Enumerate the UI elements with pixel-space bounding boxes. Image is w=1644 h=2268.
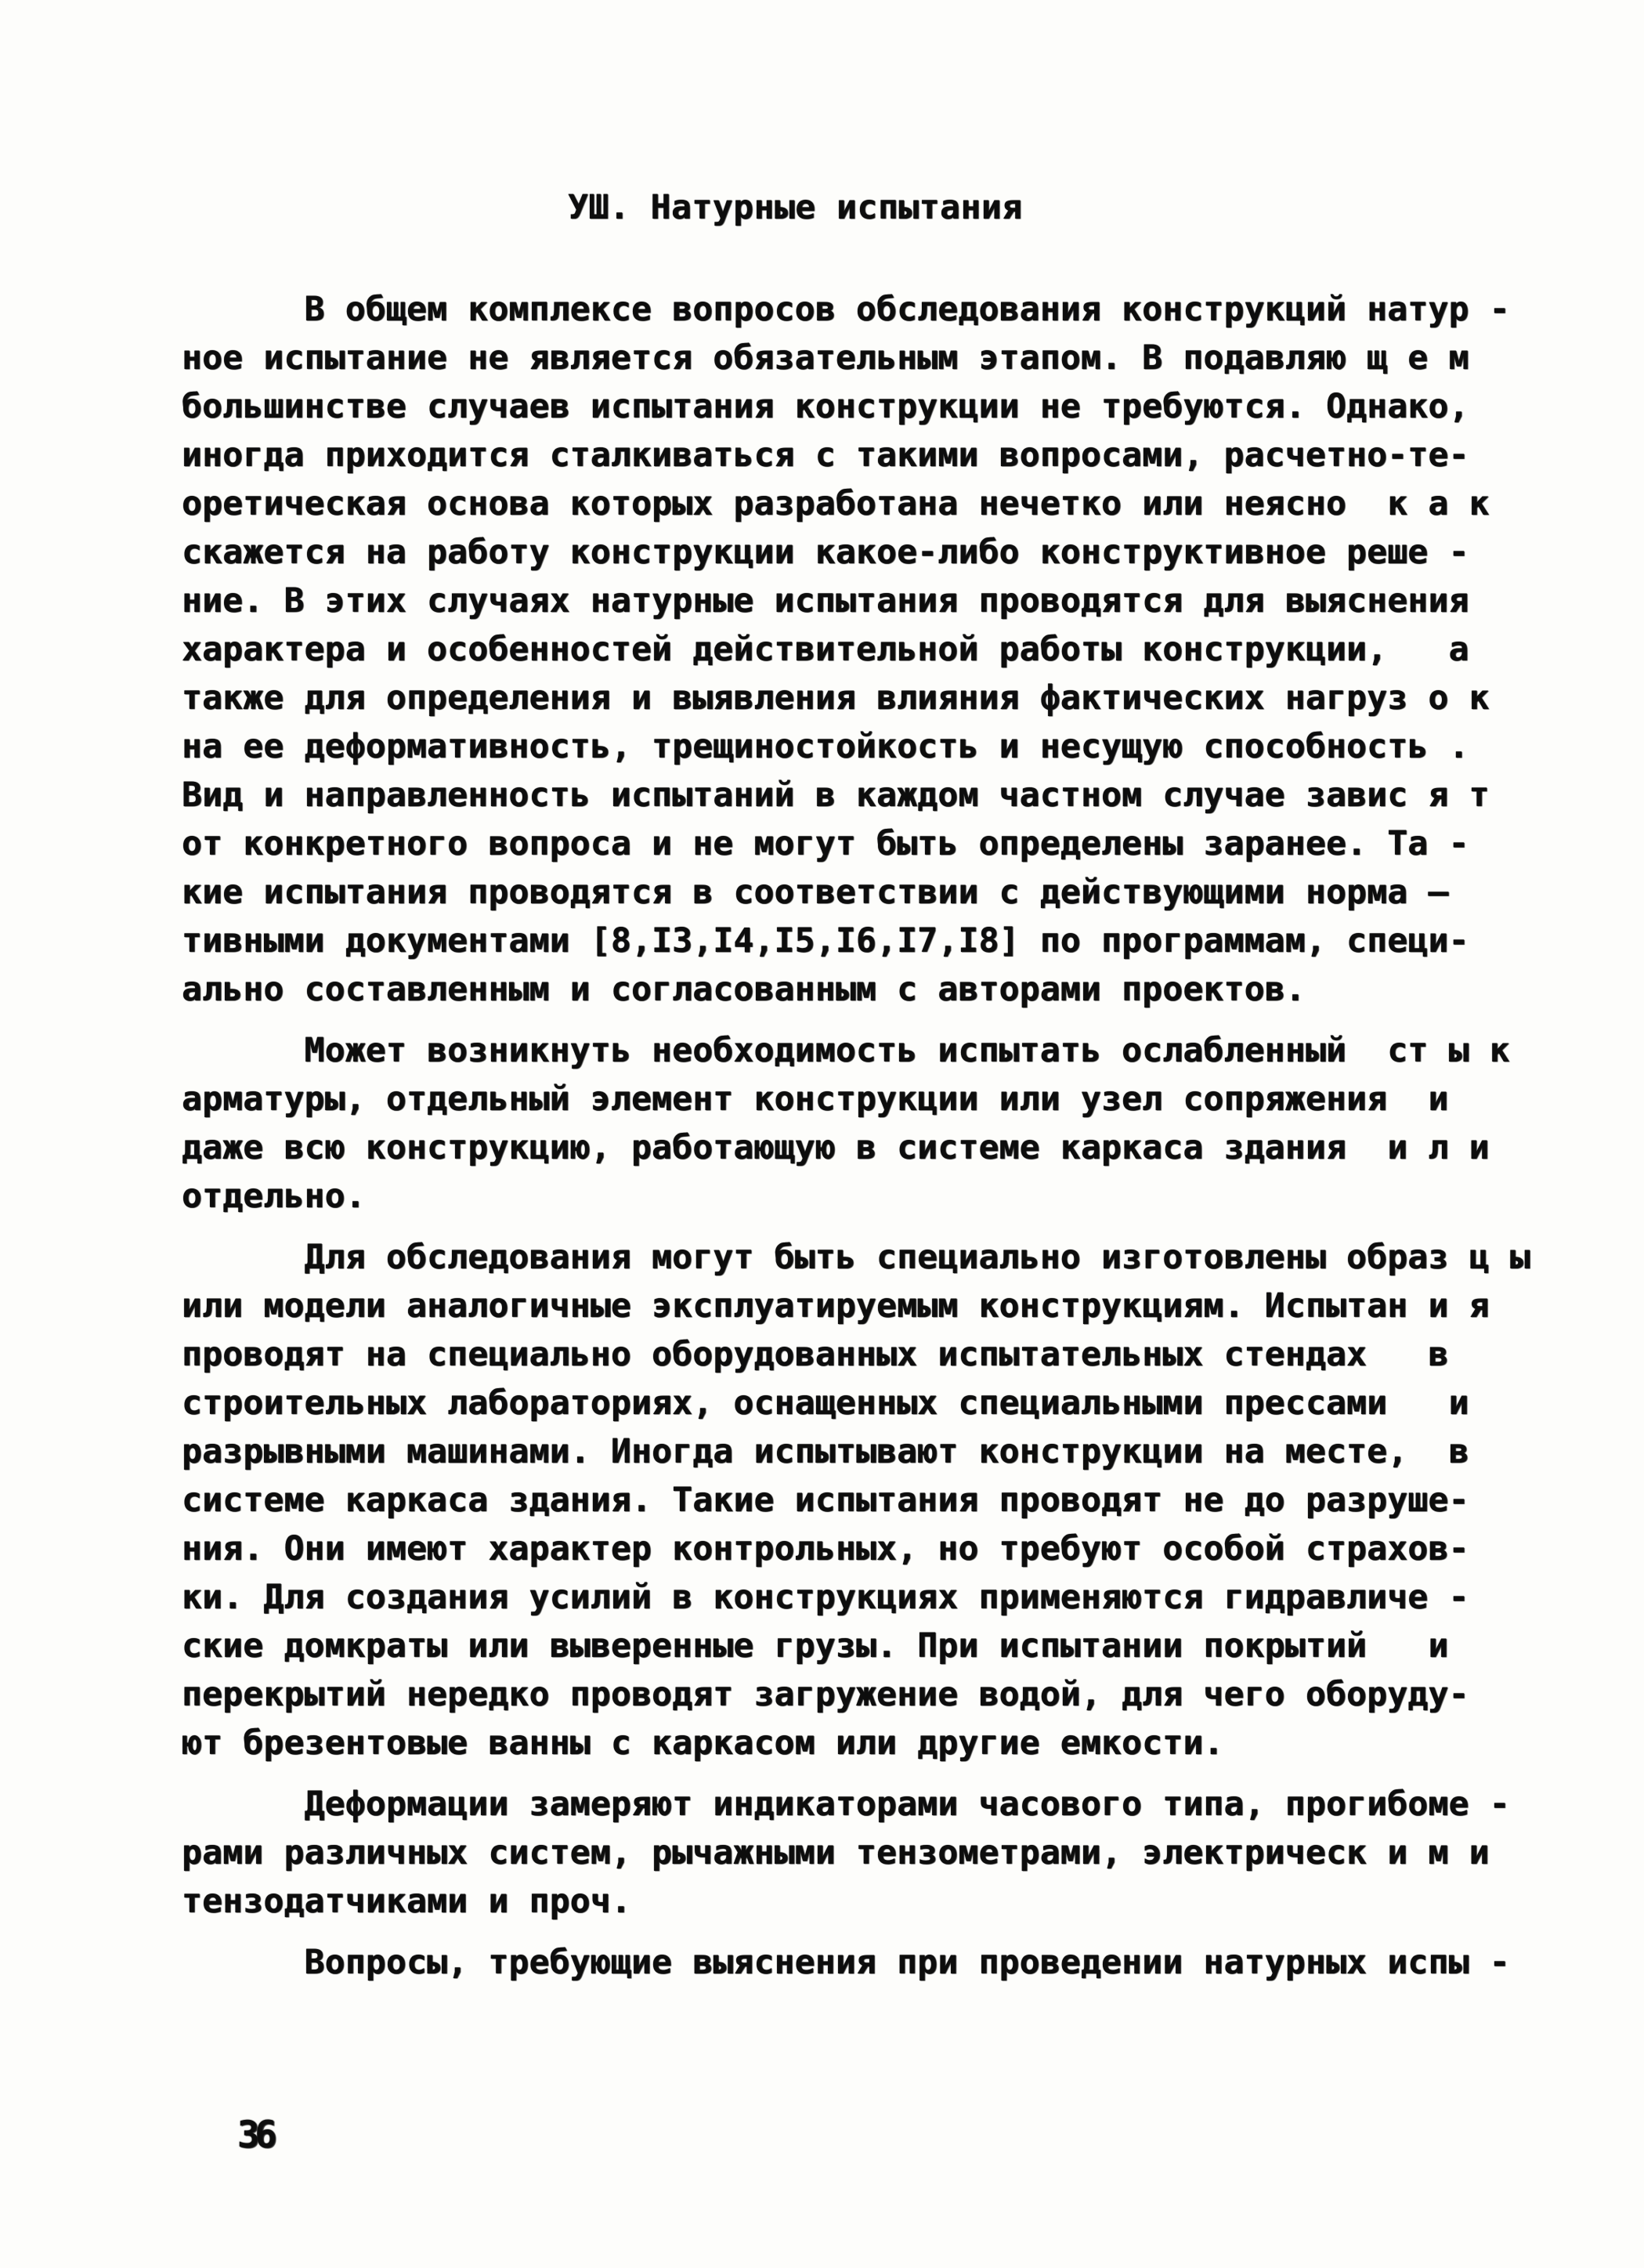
text-line: В общем комплексе вопросов обследования … [182,285,1529,334]
text-line: Вопросы, требующие выяснения при проведе… [182,1938,1529,1987]
text-line: ально составленным и согласованным с авт… [182,965,1529,1014]
text-line: Для обследования могут быть специально и… [182,1233,1529,1282]
text-line: на ее деформативность, трещиностойкость … [182,722,1529,771]
paragraph: Вопросы, требующие выяснения при проведе… [182,1938,1529,1987]
text-line: Деформации замеряют индикаторами часовог… [182,1780,1529,1829]
text-line: рами различных систем, рычажными тензоме… [182,1829,1529,1877]
text-line: тензодатчиками и проч. [182,1877,1529,1926]
text-line: характера и особенностей действительной … [182,625,1529,674]
text-line: оретическая основа которых разработана н… [182,479,1529,528]
text-line: или модели аналогичные эксплуатируемым к… [182,1282,1529,1330]
text-line: ки. Для создания усилий в конструкциях п… [182,1573,1529,1622]
text-line: отдельно. [182,1172,1529,1221]
text-line: ские домкраты или выверенные грузы. При … [182,1622,1529,1670]
text-line: от конкретного вопроса и не могут быть о… [182,819,1529,868]
paragraph: В общем комплексе вопросов обследования … [182,285,1529,1014]
paragraph: Для обследования могут быть специально и… [182,1233,1529,1767]
text-line: ное испытание не является обязательным э… [182,334,1529,382]
text-line: системе каркаса здания. Такие испытания … [182,1476,1529,1525]
text-line: перекрытий нередко проводят загружение в… [182,1670,1529,1719]
page-number: 36 [237,2114,273,2157]
text-line: большинстве случаев испытания конструкци… [182,382,1529,431]
text-line: разрывными машинами. Иногда испытывают к… [182,1427,1529,1476]
paragraph: Может возникнуть необходимость испытать … [182,1026,1529,1221]
text-line: проводят на специально оборудованных исп… [182,1330,1529,1379]
text-line: ние. В этих случаях натурные испытания п… [182,577,1529,625]
text-line: также для определения и выявления влияни… [182,674,1529,722]
text-line: строительных лабораториях, оснащенных сп… [182,1379,1529,1427]
text-line: даже всю конструкцию, работающую в систе… [182,1123,1529,1172]
document-page: УШ. Натурные испытания В общем комплексе… [0,0,1644,2268]
document-body: В общем комплексе вопросов обследования … [182,285,1529,1987]
text-line: Вид и направленность испытаний в каждом … [182,771,1529,819]
paragraph: Деформации замеряют индикаторами часовог… [182,1780,1529,1926]
text-line: тивными документами [8,I3,I4,I5,I6,I7,I8… [182,917,1529,965]
section-title: УШ. Натурные испытания [0,0,1644,232]
text-line: кие испытания проводятся в соответствии … [182,868,1529,917]
text-line: скажется на работу конструкции какое-либ… [182,528,1529,577]
text-line: арматуры, отдельный элемент конструкции … [182,1075,1529,1123]
text-line: ния. Они имеют характер контрольных, но … [182,1525,1529,1573]
text-line: иногда приходится сталкиваться с такими … [182,431,1529,479]
text-line: ют брезентовые ванны с каркасом или друг… [182,1719,1529,1767]
text-line: Может возникнуть необходимость испытать … [182,1026,1529,1075]
